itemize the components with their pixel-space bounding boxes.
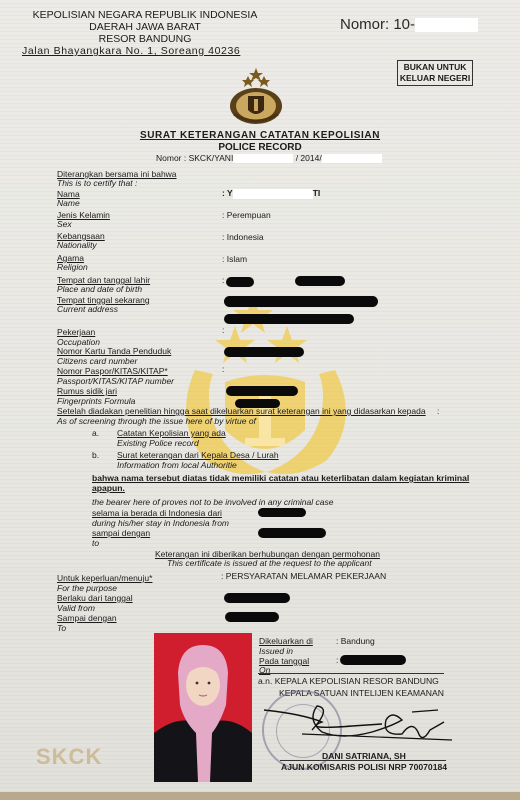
not-for-abroad-stamp: BUKAN UNTUK KELUAR NEGERI bbox=[397, 60, 473, 86]
statement-id-line1: bahwa nama tersebut diatas tidak memilik… bbox=[92, 473, 469, 483]
field-passport-colon: : bbox=[222, 364, 224, 374]
stay-from-id: selama ia berada di Indonesia dari bbox=[92, 508, 222, 518]
field-address-label-en: Current address bbox=[57, 304, 118, 314]
screening-colon: : bbox=[437, 406, 439, 416]
police-emblem-icon bbox=[226, 66, 286, 128]
field-passport-label-en: Passport/KITAS/KITAP number bbox=[57, 376, 174, 386]
document-number: Nomor: 10- bbox=[340, 16, 478, 33]
request-en: This certificate is issued at the reques… bbox=[167, 558, 372, 568]
redaction-address-line1 bbox=[224, 296, 378, 307]
signer-divider bbox=[280, 760, 446, 761]
field-sex-label-en: Sex bbox=[57, 219, 72, 229]
applicant-portrait-icon bbox=[154, 633, 252, 782]
stamp-line2: KELUAR NEGERI bbox=[398, 73, 472, 84]
redaction-valid-to bbox=[225, 612, 279, 622]
valid-to-en: To bbox=[57, 623, 66, 633]
skck-watermark: SKCK bbox=[36, 744, 102, 770]
document-title: SURAT KETERANGAN CATATAN KEPOLISIAN bbox=[0, 130, 520, 141]
field-name-label-en: Name bbox=[57, 198, 80, 208]
field-ktp-label-en: Citizens card number bbox=[57, 356, 137, 366]
screening-item-b-id: Surat keterangan dari Kepala Desa / Lura… bbox=[117, 450, 279, 460]
table-surface bbox=[0, 792, 520, 800]
purpose-en: For the purpose bbox=[57, 583, 117, 593]
field-religion-value: : Islam bbox=[222, 254, 247, 264]
redaction-issued-on bbox=[340, 655, 406, 665]
field-birth-colon: : bbox=[222, 275, 224, 285]
stamp-line1: BUKAN UNTUK bbox=[398, 62, 472, 73]
signer-rank: AJUN KOMISARIS POLISI NRP 70070184 bbox=[281, 762, 447, 772]
issued-on-colon: : bbox=[336, 655, 338, 665]
field-birth-label-en: Place and date of birth bbox=[57, 284, 142, 294]
redaction-white bbox=[415, 18, 478, 32]
redaction-birth-place bbox=[226, 277, 254, 287]
redaction-valid-from bbox=[224, 593, 290, 603]
field-nationality-label-en: Nationality bbox=[57, 240, 97, 250]
header-address: Jalan Bhayangkara No. 1, Soreang 40236 bbox=[22, 45, 240, 57]
field-sex-value: : Perempuan bbox=[222, 210, 271, 220]
signature-icon bbox=[262, 700, 462, 750]
valid-from-id: Berlaku dari tanggal bbox=[57, 593, 133, 603]
redaction-stay-from bbox=[258, 508, 306, 517]
issued-in-value: : Bandung bbox=[336, 636, 375, 646]
screening-id: Setelah diadakan penelitian hingga saat … bbox=[57, 406, 426, 416]
screening-en: As of screening through the issue here o… bbox=[57, 416, 256, 426]
field-religion-label-en: Religion bbox=[57, 262, 88, 272]
stay-to-id: sampai dengan bbox=[92, 528, 150, 538]
redaction-fingerprint-1 bbox=[226, 386, 298, 396]
purpose-value: : PERSYARATAN MELAMAR PEKERJAAN bbox=[221, 571, 386, 581]
purpose-id: Untuk keperluan/menuju* bbox=[57, 573, 152, 583]
document-number-label: Nomor: 10- bbox=[340, 16, 415, 33]
screening-item-a-id: Catatan Kepolisian yang ada bbox=[117, 428, 226, 438]
field-fingerprint-label-en: Fingerprints Formula bbox=[57, 396, 135, 406]
authority-line1: a.n. KEPALA KEPOLISIAN RESOR BANDUNG bbox=[258, 676, 439, 686]
valid-from-en: Valid from bbox=[57, 603, 95, 613]
screening-item-a-en: Existing Police record bbox=[117, 438, 199, 448]
intro-en: This is to certify that : bbox=[57, 178, 137, 188]
stay-to-en: to bbox=[92, 538, 99, 548]
issued-in-id: Dikeluarkan di bbox=[259, 636, 313, 646]
issued-in-en: Issued in bbox=[259, 646, 293, 656]
applicant-photo bbox=[154, 633, 252, 782]
field-ktp-label: Nomor Kartu Tanda Penduduk bbox=[57, 346, 171, 356]
field-occupation-label: Pekerjaan bbox=[57, 327, 95, 337]
redaction-address-line2 bbox=[224, 314, 354, 324]
redaction-ktp bbox=[224, 347, 304, 357]
skck-number: Nomor : SKCK/YANI / 2014/ bbox=[156, 153, 382, 163]
police-record-document: KEPOLISIAN NEGARA REPUBLIK INDONESIA DAE… bbox=[0, 0, 520, 792]
screening-item-b-en: Information from local Authoritie bbox=[117, 460, 237, 470]
screening-item-a-marker: a. bbox=[92, 428, 99, 438]
valid-to-id: Sampai dengan bbox=[57, 613, 117, 623]
issuance-divider bbox=[258, 673, 444, 674]
statement-en: the bearer here of proves not to be invo… bbox=[92, 497, 333, 507]
field-fingerprint-label: Rumus sidik jari bbox=[57, 386, 117, 396]
statement-id-line2: apapun. bbox=[92, 483, 125, 493]
document-subtitle: POLICE RECORD bbox=[0, 142, 520, 153]
redaction-birth-date bbox=[295, 276, 345, 286]
field-occupation-colon: : bbox=[222, 325, 224, 335]
field-nationality-value: : Indonesia bbox=[222, 232, 264, 242]
field-name-value: : YTI bbox=[222, 188, 320, 199]
stay-from-en: during his/her stay in Indonesia from bbox=[92, 518, 229, 528]
redaction-stay-to bbox=[258, 528, 326, 538]
screening-item-b-marker: b. bbox=[92, 450, 99, 460]
field-passport-label: Nomor Paspor/KITAS/KITAP* bbox=[57, 366, 168, 376]
